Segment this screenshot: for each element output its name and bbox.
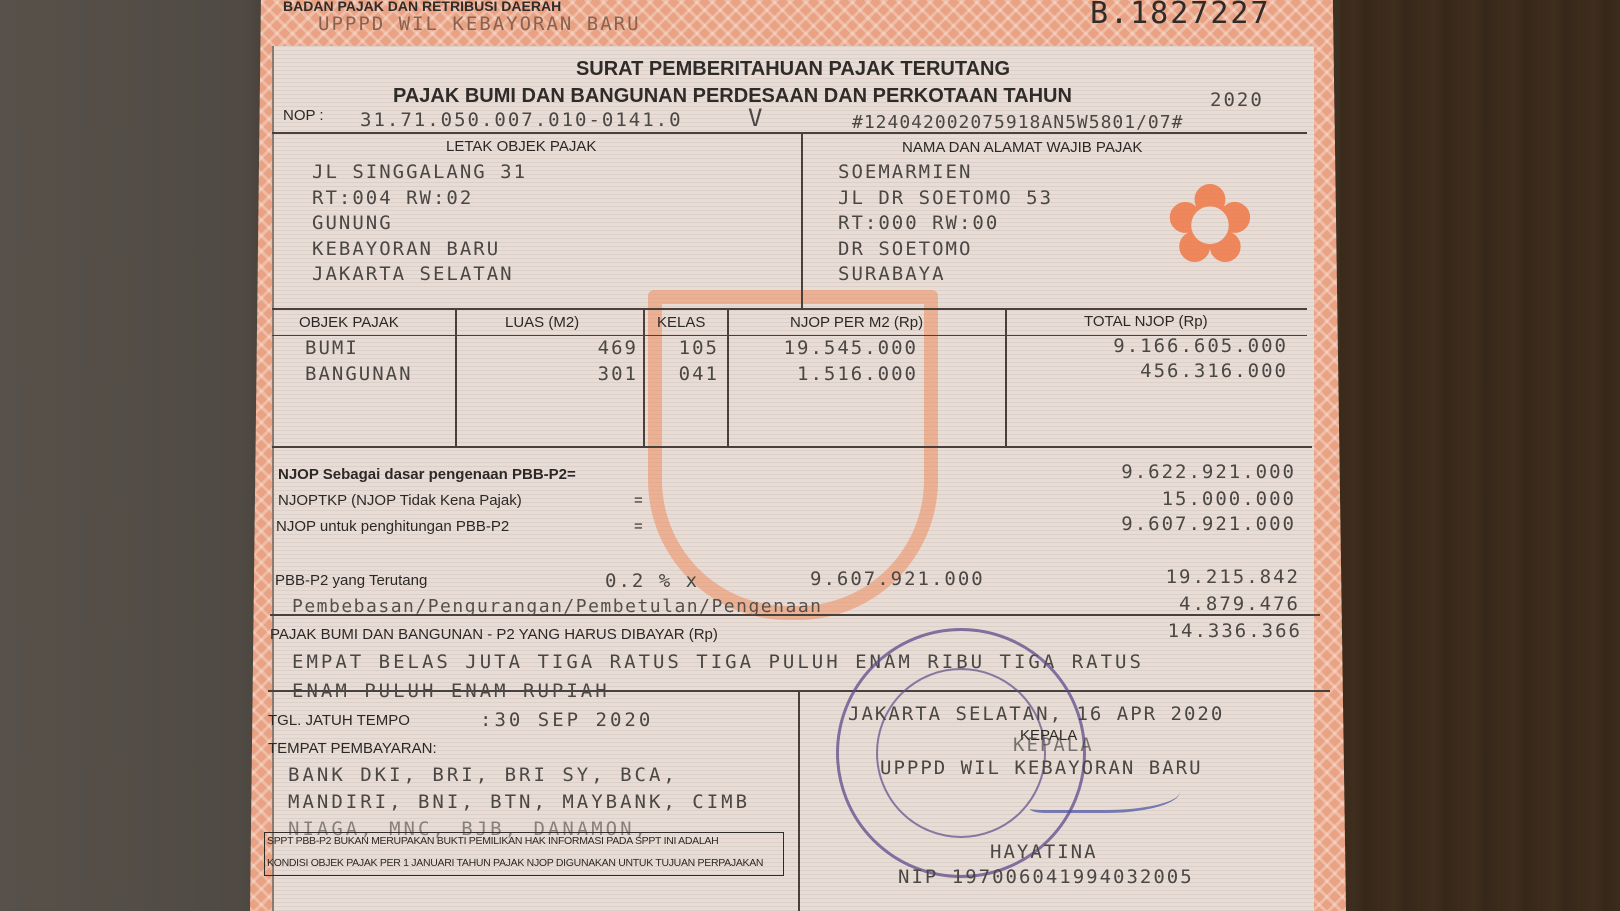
address-line: DR SOETOMO	[838, 237, 1053, 263]
address-line: GUNUNG	[312, 211, 527, 237]
divider	[455, 308, 457, 448]
pbb-owed-label: PBB-P2 yang Terutang	[275, 572, 427, 589]
due-date-value: :30 SEP 2020	[480, 709, 653, 731]
nop-label: NOP :	[283, 107, 324, 124]
barcode-reference: #124042002075918AN5W5801/07#	[852, 112, 1183, 133]
column-header-luas: LUAS (M2)	[505, 314, 579, 331]
cell-kelas: 041	[645, 363, 719, 385]
address-line: JAKARTA SELATAN	[312, 262, 527, 288]
document-title: SURAT PEMBERITAHUAN PAJAK TERUTANG	[0, 58, 1586, 81]
object-location-header: LETAK OBJEK PAJAK	[446, 138, 596, 155]
cell-luas: 469	[460, 337, 638, 359]
njop-basis-label: NJOP Sebagai dasar pengenaan PBB-P2=	[278, 466, 576, 483]
cell-total-njop: 456.316.000	[1010, 360, 1288, 382]
payment-banks: MANDIRI, BNI, BTN, MAYBANK, CIMB	[288, 791, 750, 813]
address-line: RT:000 RW:00	[838, 211, 1053, 237]
payable-label: PAJAK BUMI DAN BANGUNAN - P2 YANG HARUS …	[270, 626, 718, 643]
njoptkp-label: NJOPTKP (NJOP Tidak Kena Pajak)	[278, 492, 522, 509]
column-header-objek: OBJEK PAJAK	[299, 314, 399, 331]
pbb-owed-value: 19.215.842	[1000, 566, 1300, 588]
reduction-label: Pembebasan/Pengurangan/Pembetulan/Pengen…	[292, 596, 823, 617]
document-subtitle: PAJAK BUMI DAN BANGUNAN PERDESAAN DAN PE…	[393, 85, 1072, 108]
divider	[272, 132, 1307, 134]
njop-calc-value: 9.607.921.000	[1000, 513, 1296, 535]
signature-place-date: JAKARTA SELATAN, 16 APR 2020	[848, 703, 1224, 725]
legal-notice: SPPT PBB-P2 BUKAN MERUPAKAN BUKTI PEMILI…	[267, 835, 718, 847]
security-flower-icon: ✿	[1160, 170, 1260, 280]
payable-value: 14.336.366	[1000, 620, 1302, 642]
taxpayer-address: SOEMARMIEN JL DR SOETOMO 53 RT:000 RW:00…	[838, 160, 1053, 288]
divider	[272, 308, 1307, 310]
cell-luas: 301	[460, 363, 638, 385]
divider	[727, 308, 729, 448]
pbb-base: 9.607.921.000	[810, 568, 985, 590]
signatory-name: HAYATINA	[990, 841, 1098, 863]
njop-basis-value: 9.622.921.000	[1000, 461, 1296, 483]
legal-notice: KONDISI OBJEK PAJAK PER 1 JANUARI TAHUN …	[267, 857, 763, 869]
njop-calc-label: NJOP untuk penghitungan PBB-P2	[276, 518, 509, 535]
reduction-value: 4.879.476	[1000, 593, 1300, 615]
handwritten-signature	[1030, 770, 1180, 813]
divider	[272, 446, 1312, 448]
wooden-table-background	[1340, 0, 1620, 911]
office-name: UPPPD WIL KEBAYORAN BARU	[318, 13, 641, 35]
cell-njop-per-m2: 19.545.000	[730, 337, 918, 359]
taxpayer-name: SOEMARMIEN	[838, 160, 1053, 186]
njoptkp-value: 15.000.000	[1000, 488, 1296, 510]
tax-year: 2020	[1210, 89, 1264, 111]
cell-kelas: 105	[645, 337, 719, 359]
pbb-rate: 0.2 % x	[605, 570, 699, 592]
equals-sign: =	[634, 492, 643, 509]
object-location-address: JL SINGGALANG 31 RT:004 RW:02 GUNUNG KEB…	[312, 160, 527, 288]
due-date-label: TGL. JATUH TEMPO	[268, 712, 410, 729]
agency-name: BADAN PAJAK DAN RETRIBUSI DAERAH	[283, 0, 561, 14]
divider	[798, 690, 800, 911]
payment-banks: BANK DKI, BRI, BRI SY, BCA,	[288, 764, 678, 786]
address-line: RT:004 RW:02	[312, 186, 527, 212]
equals-sign: =	[634, 518, 643, 535]
cell-objek: BANGUNAN	[305, 363, 413, 385]
cell-njop-per-m2: 1.516.000	[730, 363, 918, 385]
column-header-total-njop: TOTAL NJOP (Rp)	[1084, 313, 1208, 330]
divider	[1005, 308, 1007, 448]
nop-value: 31.71.050.007.010-0141.0	[360, 109, 683, 131]
column-header-njop-per-m2: NJOP PER M2 (Rp)	[790, 314, 923, 331]
cell-objek: BUMI	[305, 337, 359, 359]
divider	[801, 132, 803, 310]
signature-title: KEPALA	[1013, 734, 1094, 756]
nop-check-mark: V	[748, 104, 764, 132]
address-line: KEBAYORAN BARU	[312, 237, 527, 263]
address-line: JL DR SOETOMO 53	[838, 186, 1053, 212]
address-line: SURABAYA	[838, 262, 1053, 288]
payable-in-words-continued: ENAM PULUH ENAM RUPIAH	[292, 680, 610, 702]
address-line: JL SINGGALANG 31	[312, 160, 527, 186]
cell-total-njop: 9.166.605.000	[1010, 335, 1288, 357]
payment-place-label: TEMPAT PEMBAYARAN:	[268, 740, 437, 757]
column-header-kelas: KELAS	[657, 314, 705, 331]
serial-number: B.1827227	[1090, 0, 1271, 31]
signatory-nip: NIP 197006041994032005	[898, 866, 1194, 888]
taxpayer-header: NAMA DAN ALAMAT WAJIB PAJAK	[902, 139, 1142, 156]
